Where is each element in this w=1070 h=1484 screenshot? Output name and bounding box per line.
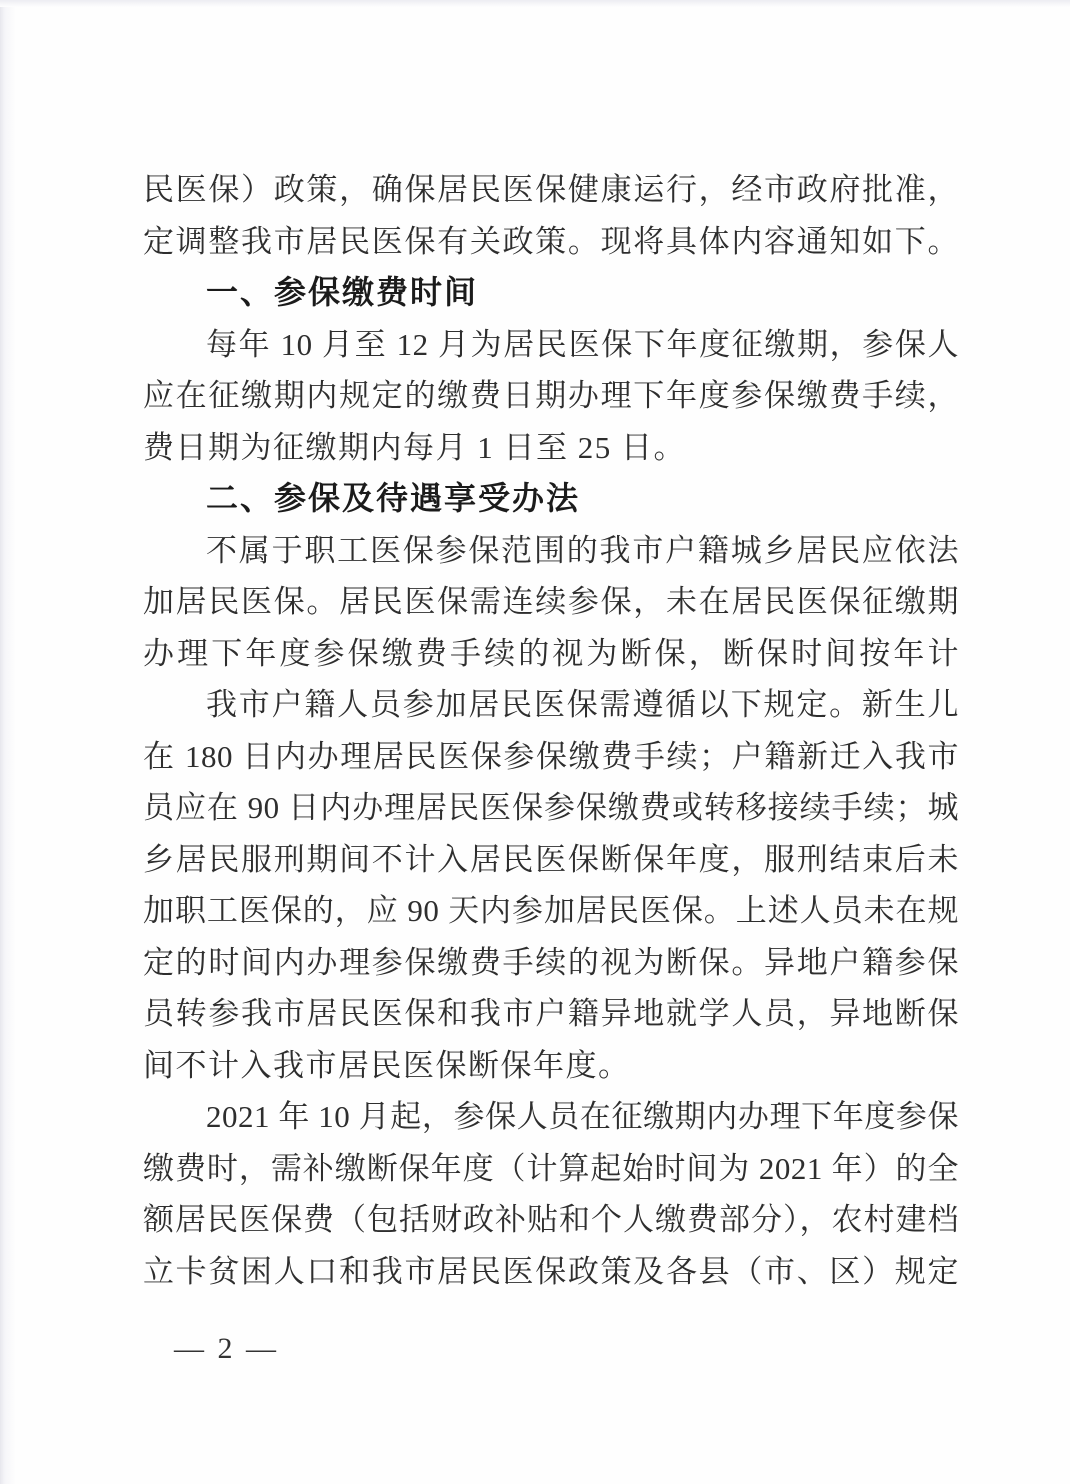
page-left-edge-shadow [0,0,16,1484]
page-number: — 2 — [174,1326,279,1372]
section-heading: 二、参保及待遇享受办法 [143,473,959,525]
text-line: 缴费时，需补缴断保年度（计算起始时间为 2021 年）的全 [143,1143,959,1195]
text-line: 办理下年度参保缴费手续的视为断保，断保时间按年计算。 [143,628,959,680]
text-line: 每年 10 月至 12 月为居民医保下年度征缴期，参保人员 [143,319,959,371]
text-line: 2021 年 10 月起，参保人员在征缴期内办理下年度参保 [143,1091,959,1143]
document-page: 民医保）政策，确保居民医保健康运行，经市政府批准，决 定调整我市居民医保有关政策… [0,0,1070,1484]
text-line: 加居民医保。居民医保需连续参保，未在居民医保征缴期内 [143,576,959,628]
text-line: 员转参我市居民医保和我市户籍异地就学人员，异地断保时 [143,988,959,1040]
text-line: 定的时间内办理参保缴费手续的视为断保。异地户籍参保人 [143,937,959,989]
text-line: 乡居民服刑期间不计入居民医保断保年度，服刑结束后未参 [143,834,959,886]
text-line: 我市户籍人员参加居民医保需遵循以下规定。新生儿应 [143,679,959,731]
text-line: 不属于职工医保参保范围的我市户籍城乡居民应依法参 [143,525,959,577]
page-top-edge-shadow [0,0,1070,7]
text-line: 在 180 日内办理居民医保参保缴费手续；户籍新迁入我市人 [143,731,959,783]
text-line: 立卡贫困人口和我市居民医保政策及各县（市、区）规定的 [143,1246,959,1298]
text-line: 额居民医保费（包括财政补贴和个人缴费部分），农村建档 [143,1194,959,1246]
section-heading: 一、参保缴费时间 [143,267,959,319]
text-line: 费日期为征缴期内每月 1 日至 25 日。 [143,422,959,474]
text-line: 应在征缴期内规定的缴费日期办理下年度参保缴费手续，缴 [143,370,959,422]
text-line: 定调整我市居民医保有关政策。现将具体内容通知如下。 [143,216,959,268]
text-line: 间不计入我市居民医保断保年度。 [143,1040,959,1092]
text-line: 员应在 90 日内办理居民医保参保缴费或转移接续手续；城 [143,782,959,834]
document-body: 民医保）政策，确保居民医保健康运行，经市政府批准，决 定调整我市居民医保有关政策… [143,164,959,1297]
text-line: 民医保）政策，确保居民医保健康运行，经市政府批准，决 [143,164,959,216]
text-line: 加职工医保的，应 90 天内参加居民医保。上述人员未在规 [143,885,959,937]
